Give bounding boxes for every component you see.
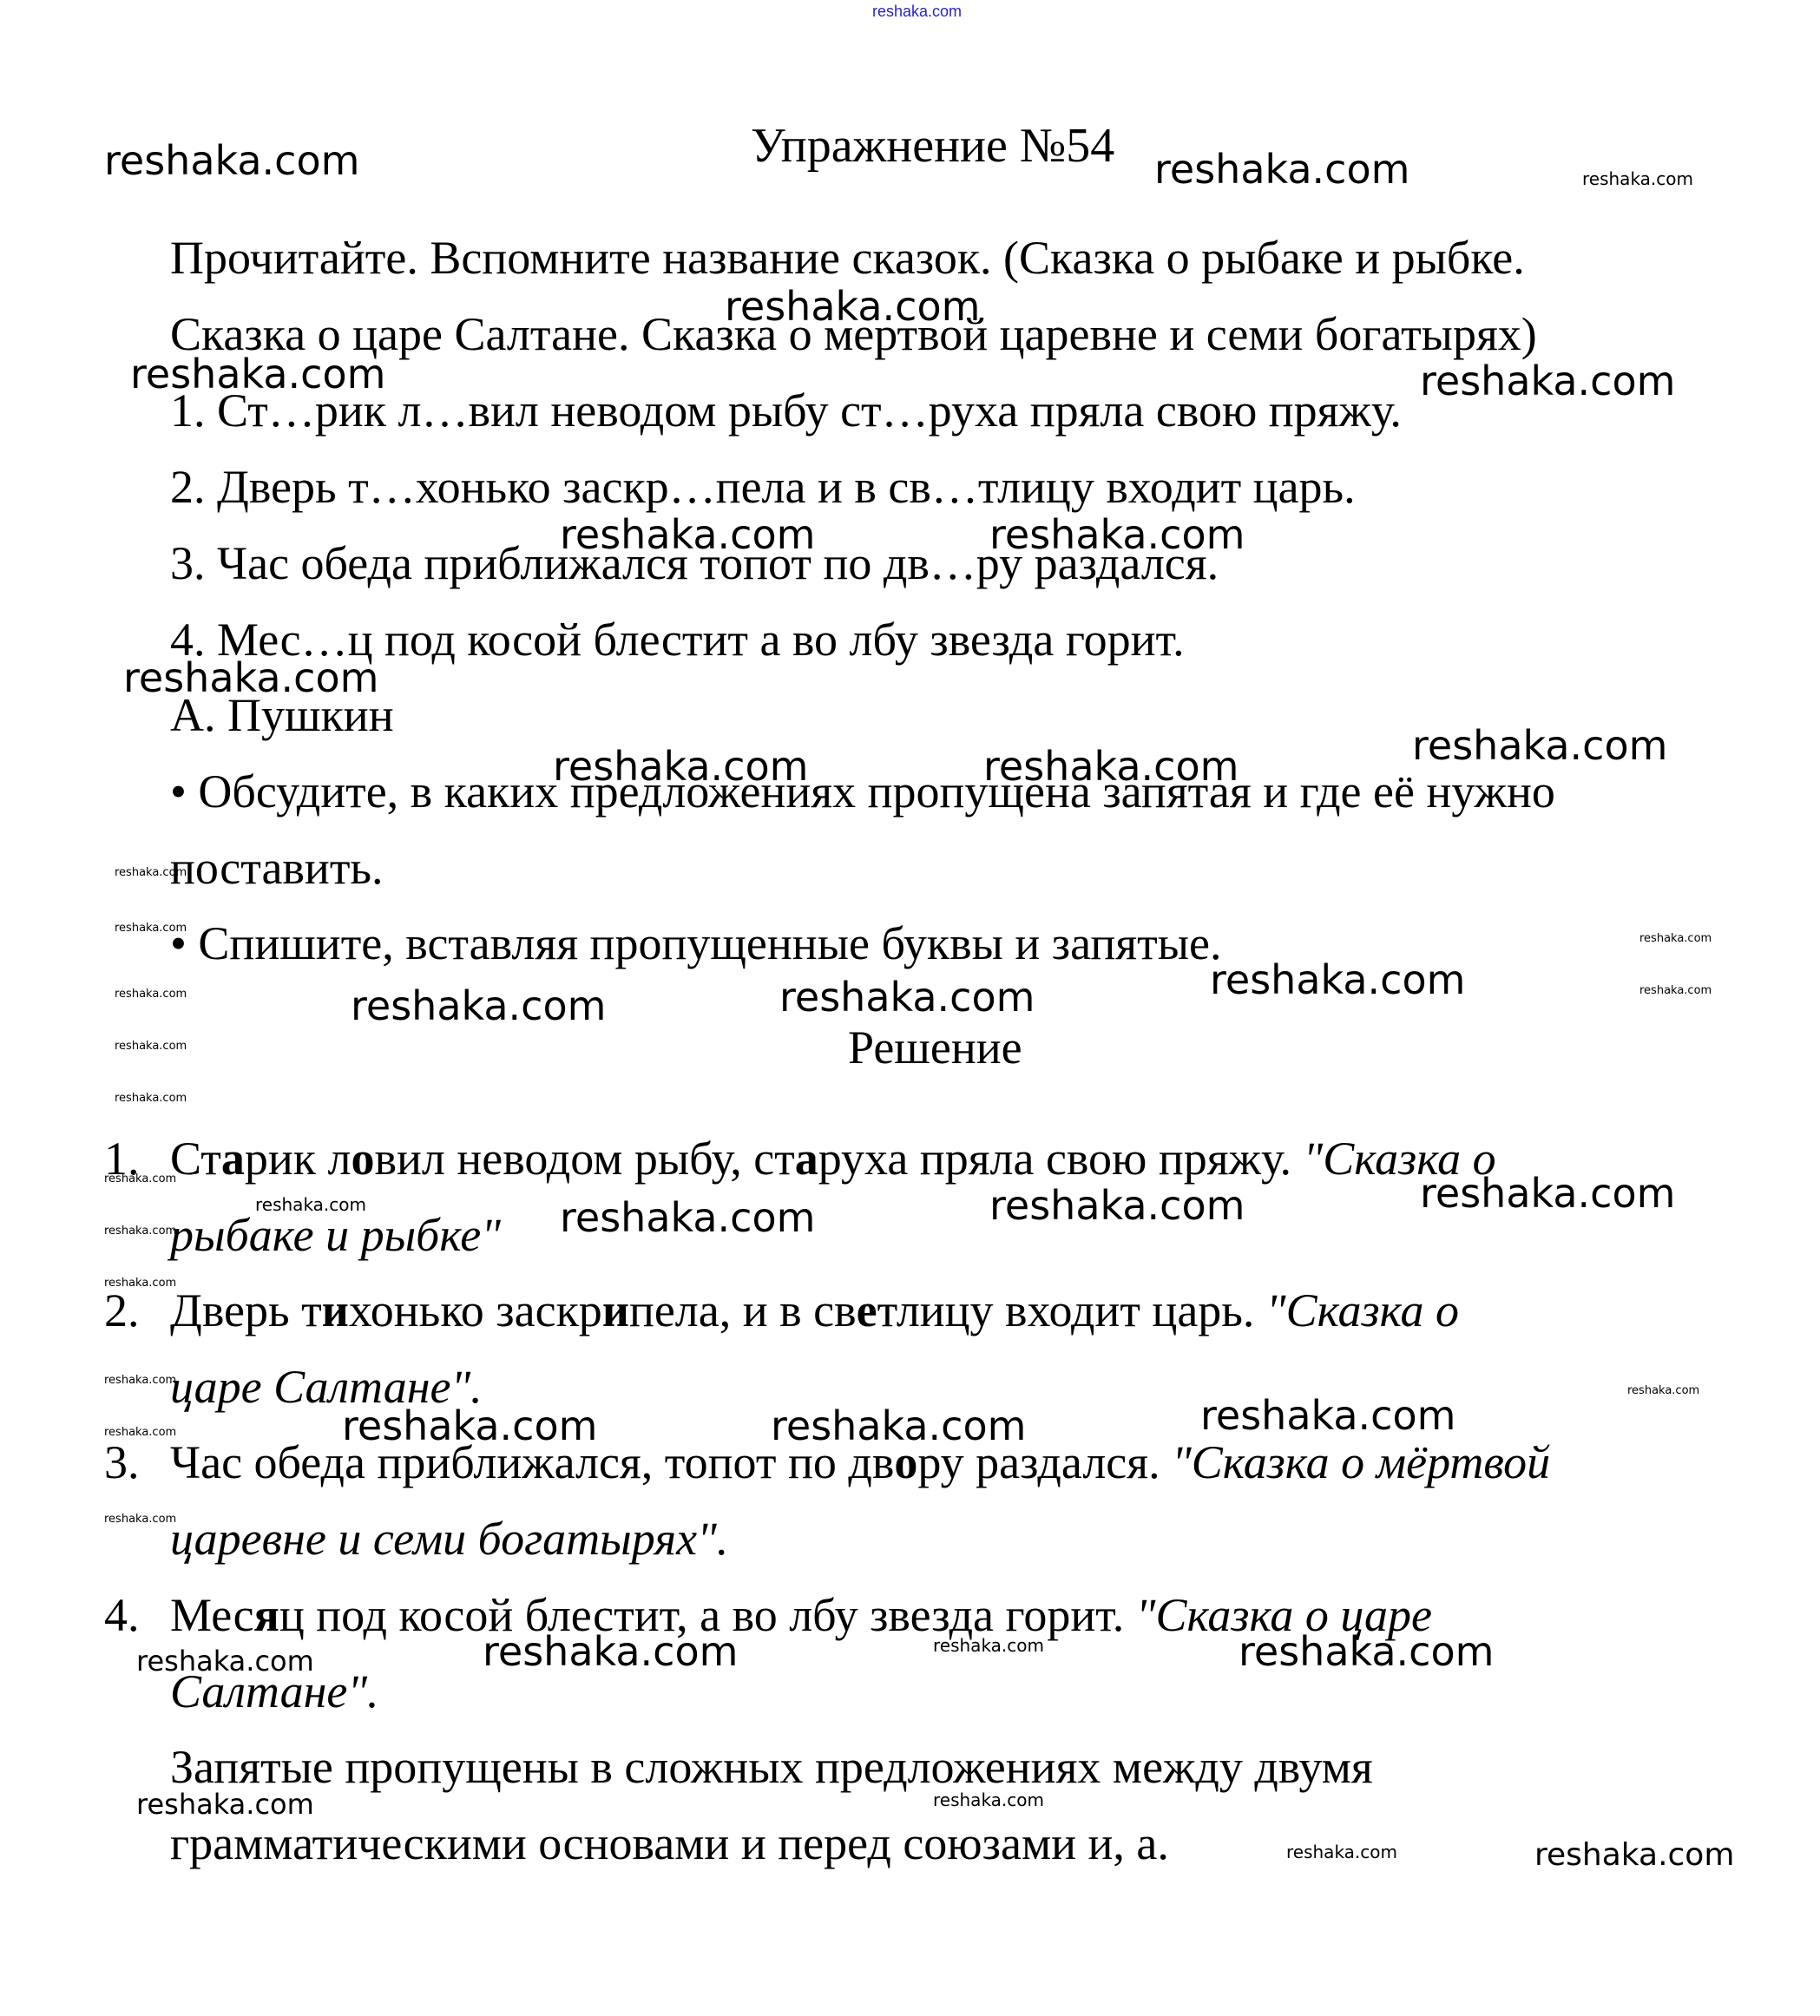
watermark: reshaka.com — [1534, 1840, 1734, 1871]
watermark: reshaka.com — [115, 867, 187, 878]
watermark: reshaka.com — [1286, 1843, 1397, 1861]
task-bullet-1-line-1: • Обсудите, в каких предложениях пропуще… — [170, 768, 1555, 815]
watermark: reshaka.com — [1639, 933, 1712, 944]
watermark: reshaka.com — [1210, 960, 1465, 1000]
document-page: reshaka.com Упражнение №54 Прочитайте. В… — [0, 0, 1820, 2016]
watermark: reshaka.com — [104, 1225, 176, 1237]
watermark: reshaka.com — [933, 1637, 1044, 1654]
watermark: reshaka.com — [115, 988, 187, 1000]
watermark: reshaka.com — [1420, 1173, 1675, 1213]
watermark: reshaka.com — [1154, 149, 1409, 189]
solution-item-3-number: 3. — [104, 1439, 140, 1486]
solution-item-4-number: 4. — [104, 1592, 140, 1638]
watermark: reshaka.com — [779, 977, 1035, 1017]
task-intro-line-1: Прочитайте. Вспомните название сказок. (… — [170, 234, 1525, 281]
watermark: reshaka.com — [989, 515, 1245, 555]
watermark: reshaka.com — [104, 1277, 176, 1289]
watermark: reshaka.com — [130, 354, 385, 394]
watermark: reshaka.com — [1627, 1385, 1699, 1396]
watermark: reshaka.com — [560, 1198, 815, 1238]
watermark: reshaka.com — [933, 1791, 1044, 1809]
watermark: reshaka.com — [1200, 1395, 1455, 1435]
watermark: reshaka.com — [104, 1173, 176, 1185]
watermark: reshaka.com — [1412, 726, 1667, 765]
conclusion-line-1: Запятые пропущены в сложных предложениях… — [170, 1743, 1373, 1790]
watermark: reshaka.com — [725, 286, 980, 326]
solution-item-3-tale: царевне и семи богатырях". — [170, 1515, 728, 1562]
watermark: reshaka.com — [104, 141, 359, 181]
conclusion-line-2: грамматическими основами и перед союзами… — [170, 1820, 1169, 1867]
watermark: reshaka.com — [104, 1375, 176, 1386]
watermark: reshaka.com — [136, 1790, 314, 1818]
solution-item-2-text: Дверь тихонько заскрипела, и в светлицу … — [170, 1287, 1459, 1334]
watermark: reshaka.com — [255, 1196, 366, 1213]
watermark: reshaka.com — [983, 746, 1239, 786]
watermark: reshaka.com — [1239, 1632, 1494, 1671]
watermark: reshaka.com — [771, 1406, 1026, 1446]
watermark: reshaka.com — [136, 1647, 314, 1675]
watermark: reshaka.com — [989, 1185, 1245, 1225]
watermark: reshaka.com — [104, 1514, 176, 1525]
watermark: reshaka.com — [123, 658, 378, 698]
watermark: reshaka.com — [560, 515, 815, 555]
top-watermark-link[interactable]: reshaka.com — [872, 3, 962, 19]
watermark: reshaka.com — [115, 923, 187, 934]
solution-item-1-text: Старик ловил неводом рыбу, старуха пряла… — [170, 1135, 1496, 1182]
solution-item-2-number: 2. — [104, 1287, 140, 1334]
watermark: reshaka.com — [1639, 985, 1712, 996]
task-sentence-2: 2. Дверь т…хонько заскр…пела и в св…тлиц… — [170, 463, 1356, 510]
watermark: reshaka.com — [1582, 170, 1693, 187]
watermark: reshaka.com — [104, 1427, 176, 1438]
exercise-title: Упражнение №54 — [751, 121, 1114, 170]
task-bullet-2: • Спишите, вставляя пропущенные буквы и … — [170, 920, 1221, 967]
watermark: reshaka.com — [115, 1093, 187, 1104]
watermark: reshaka.com — [553, 746, 808, 786]
task-bullet-1-line-2: поставить. — [170, 844, 384, 891]
watermark: reshaka.com — [115, 1041, 187, 1052]
solution-heading: Решение — [848, 1024, 1022, 1071]
watermark: reshaka.com — [351, 986, 606, 1026]
watermark: reshaka.com — [483, 1632, 738, 1671]
watermark: reshaka.com — [1420, 361, 1675, 401]
watermark: reshaka.com — [342, 1406, 597, 1446]
solution-item-1-tale: рыбаке и рыбке" — [170, 1212, 501, 1258]
